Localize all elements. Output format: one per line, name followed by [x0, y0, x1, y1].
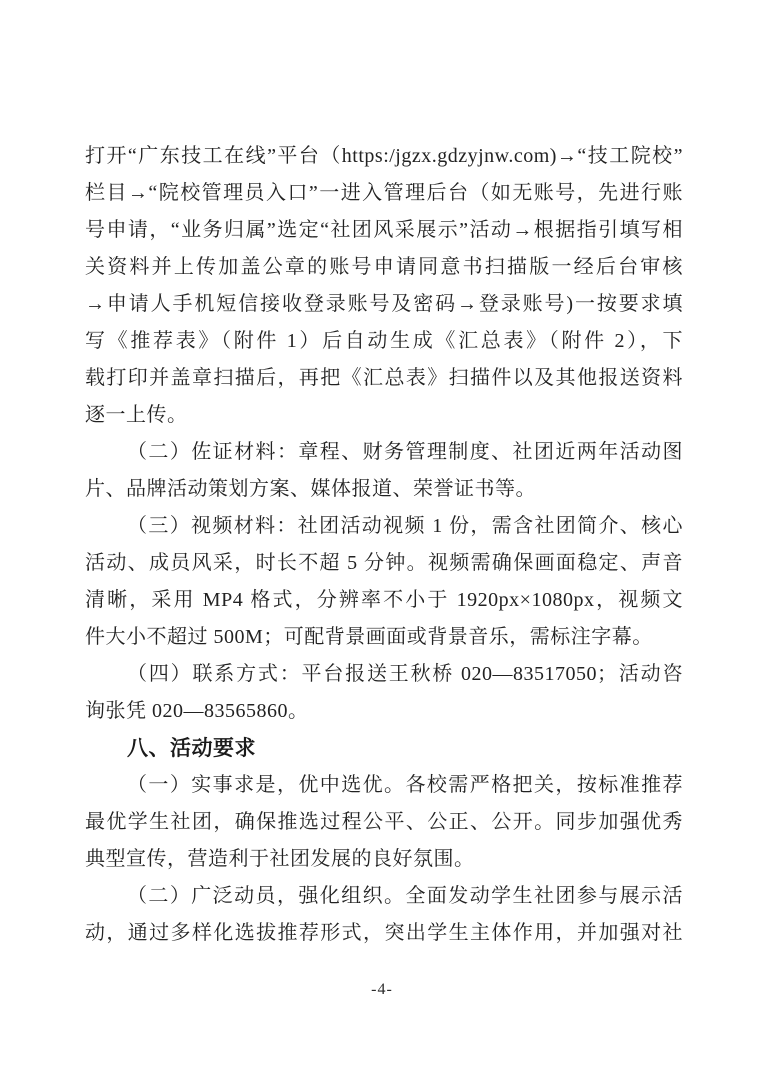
document-page: 打开“广东技工在线”平台（https:/jgzx.gdzyjnw.com)→“技…	[0, 0, 764, 1080]
page-number: -4-	[0, 981, 764, 999]
document-text-line: 打开“广东技工在线”平台（https:/jgzx.gdzyjnw.com)→“技…	[85, 138, 683, 175]
document-text-line: 写《推荐表》（附件 1）后自动生成《汇总表》（附件 2），下	[85, 323, 683, 360]
document-text-line: 载打印并盖章扫描后，再把《汇总表》扫描件以及其他报送资料	[85, 360, 683, 397]
document-text-line: （二）广泛动员，强化组织。全面发动学生社团参与展示活	[85, 878, 683, 915]
document-body: 打开“广东技工在线”平台（https:/jgzx.gdzyjnw.com)→“技…	[85, 138, 683, 952]
document-text-line: （四）联系方式：平台报送王秋桥 020—83517050；活动咨	[85, 656, 683, 693]
document-text-line: 典型宣传，营造利于社团发展的良好氛围。	[85, 841, 683, 878]
document-text-line: 询张凭 020—83565860。	[85, 693, 683, 730]
document-text-line: 动，通过多样化选拔推荐形式，突出学生主体作用，并加强对社	[85, 915, 683, 952]
document-text-line: 活动、成员风采，时长不超 5 分钟。视频需确保画面稳定、声音	[85, 545, 683, 582]
document-text-line: 逐一上传。	[85, 397, 683, 434]
document-text-line: 栏目→“院校管理员入口”一进入管理后台（如无账号，先进行账	[85, 175, 683, 212]
document-text-line: →申请人手机短信接收登录账号及密码→登录账号)一按要求填	[85, 286, 683, 323]
document-text-line: 清晰，采用 MP4 格式，分辨率不小于 1920px×1080px，视频文	[85, 582, 683, 619]
document-text-line: 件大小不超过 500M；可配背景画面或背景音乐，需标注字幕。	[85, 619, 683, 656]
document-text-line: 号申请，“业务归属”选定“社团风采展示”活动→根据指引填写相	[85, 212, 683, 249]
document-text-line: 片、品牌活动策划方案、媒体报道、荣誉证书等。	[85, 471, 683, 508]
document-text-line: （一）实事求是，优中选优。各校需严格把关，按标准推荐	[85, 767, 683, 804]
document-text-line: 关资料并上传加盖公章的账号申请同意书扫描版一经后台审核	[85, 249, 683, 286]
document-text-line: （三）视频材料：社团活动视频 1 份，需含社团简介、核心	[85, 508, 683, 545]
document-text-line: 最优学生社团，确保推选过程公平、公正、公开。同步加强优秀	[85, 804, 683, 841]
section-heading: 八、活动要求	[85, 730, 683, 767]
document-text-line: （二）佐证材料：章程、财务管理制度、社团近两年活动图	[85, 434, 683, 471]
